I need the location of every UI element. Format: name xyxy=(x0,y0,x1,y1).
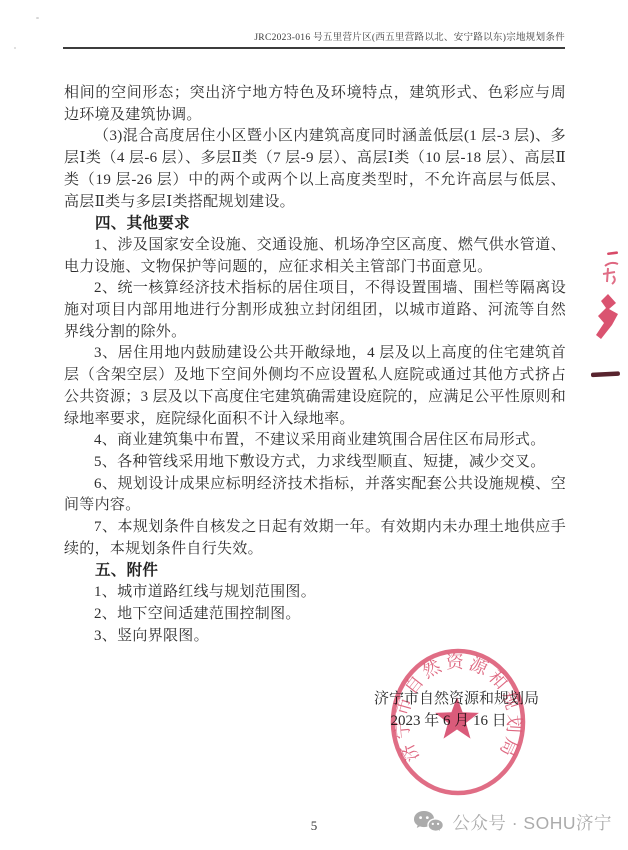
paragraph-continuation: 相间的空间形态；突出济宁地方特色及环境特点，建筑形式、色彩应与周边环境及建筑协调… xyxy=(64,83,566,126)
requirement-item: 7、本规划条件自核发之日起有效期一年。有效期内未办理土地供应手续的，本规划条件自… xyxy=(64,517,566,560)
seal-star-icon xyxy=(435,697,479,739)
requirement-item: 3、居住用地内鼓励建设公共开敞绿地，4 层及以上高度的住宅建筑首层（含架空层）及… xyxy=(64,343,566,430)
attachment-item: 1、城市道路红线与规划范围图。 xyxy=(64,582,566,604)
header-rule xyxy=(63,47,565,49)
edge-stamp-blob xyxy=(595,294,623,342)
section-heading-4: 四、其他要求 xyxy=(64,213,566,235)
scan-speck xyxy=(14,47,16,49)
paragraph-mixed-height: （3)混合高度居住小区暨小区内建筑高度同时涵盖低层(1 层-3 层)、多层Ⅰ类（… xyxy=(64,126,566,213)
page-header-title: JRC2023-016 号五里营片区(西五里营路以北、安宁路以东)宗地规划条件 xyxy=(254,29,565,43)
document-body: 相间的空间形态；突出济宁地方特色及环境特点，建筑形式、色彩应与周边环境及建筑协调… xyxy=(64,83,566,647)
requirement-item: 1、涉及国家安全设施、交通设施、机场净空区高度、燃气供水管道、电力设施、文物保护… xyxy=(64,235,566,278)
wechat-icon xyxy=(413,810,444,835)
scan-speck xyxy=(36,17,39,19)
official-seal: 济宁市自然资源和规划局 xyxy=(387,648,529,798)
requirement-item: 2、统一核算经济技术指标的居住项目，不得设置围墙、围栏等隔离设施对项目内部用地进… xyxy=(64,278,566,343)
requirement-item: 4、商业建筑集中布置，不建议采用商业建筑围合居住区布局形式。 xyxy=(64,430,566,452)
watermark: 公众号 · SOHU济宁 xyxy=(413,810,612,835)
requirement-item: 6、规划设计成果应标明经济技术指标，并落实配套公共设施规模、空间等内容。 xyxy=(64,474,566,517)
document-page: JRC2023-016 号五里营片区(西五里营路以北、安宁路以东)宗地规划条件 … xyxy=(0,0,628,850)
attachment-item: 2、地下空间适建范围控制图。 xyxy=(64,604,566,626)
edge-dark-smudge xyxy=(590,370,622,380)
watermark-text: 公众号 · SOHU济宁 xyxy=(452,810,612,835)
section-heading-5: 五、附件 xyxy=(64,560,566,582)
requirement-item: 5、各种管线采用地下敷设方式，力求线型顺直、短捷，减少交叉。 xyxy=(64,452,566,474)
attachment-item: 3、竖向界限图。 xyxy=(64,626,566,648)
edge-stamp-fragment xyxy=(595,250,628,295)
